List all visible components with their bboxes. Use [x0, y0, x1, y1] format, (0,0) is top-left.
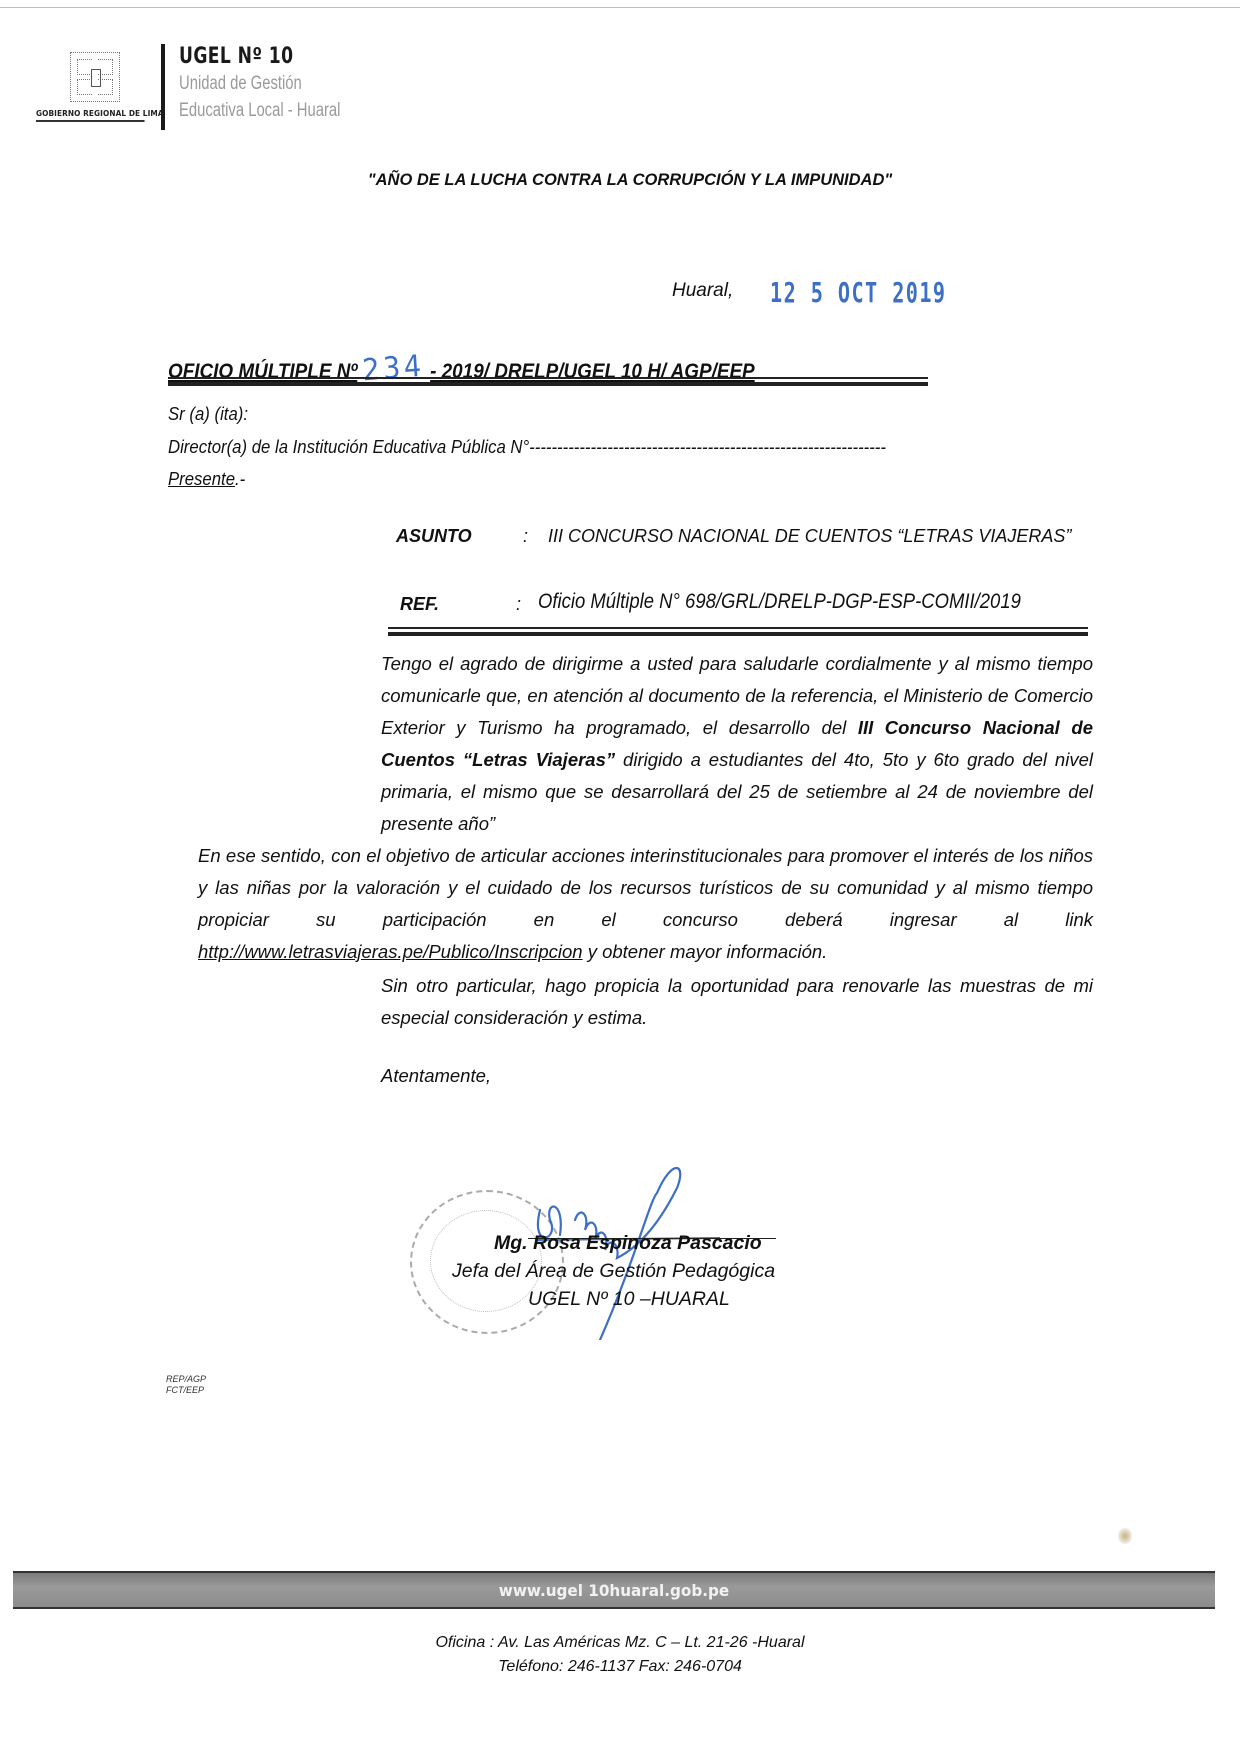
organization-label: GOBIERNO REGIONAL DE LIMA: [36, 109, 145, 122]
reference-value: Oficio Múltiple N° 698/GRL/DRELP-DGP-ESP…: [538, 590, 1087, 614]
letterhead-divider: [161, 44, 165, 130]
paragraph-1: Tengo el agrado de dirigirme a usted par…: [198, 648, 1093, 840]
presente-word: Presente: [168, 469, 235, 489]
letter-body: Tengo el agrado de dirigirme a usted par…: [198, 648, 1093, 968]
subject-label: ASUNTO: [396, 526, 472, 547]
scan-smudge: [1118, 1528, 1132, 1544]
reference-rule-thick: [388, 632, 1088, 636]
document-prefix: OFICIO MÚLTIPLE Nº: [168, 360, 357, 383]
addressee: Director(a) de la Institución Educativa …: [168, 437, 886, 458]
signer-name: Mg. Rosa Espinoza Pascacio: [494, 1232, 762, 1255]
title-rule-thick: [168, 382, 928, 386]
reference-colon: :: [516, 594, 521, 615]
document-number: OFICIO MÚLTIPLE Nº 234 - 2019/ DRELP/UGE…: [168, 351, 755, 386]
top-scan-border: [0, 7, 1240, 8]
office-phones: Teléfono: 246-1137 Fax: 246-0704: [0, 1658, 1240, 1676]
regional-government-logo-icon: [70, 52, 120, 102]
unit-title: UGEL Nº 10: [179, 44, 293, 69]
signer-office: UGEL Nº 10 –HUARAL: [528, 1288, 730, 1311]
subject-value: III CONCURSO NACIONAL DE CUENTOS “LETRAS…: [548, 526, 1071, 547]
website-link[interactable]: www.ugel 10huaral.gob.pe: [43, 1581, 1185, 1600]
paragraph-2: En ese sentido, con el objetivo de artic…: [198, 840, 1093, 968]
date-place: Huaral,: [672, 280, 733, 302]
signer-role: Jefa del Área de Gestión Pedagógica: [452, 1260, 775, 1283]
unit-subtitle-line2: Educativa Local - Huaral: [179, 100, 340, 122]
reference-label: REF.: [400, 594, 439, 615]
unit-subtitle-line1: Unidad de Gestión: [179, 73, 302, 95]
salutation: Sr (a) (ita):: [168, 404, 248, 425]
reference-initials: REP/AGP FCT/EEP: [166, 1374, 206, 1396]
registration-link[interactable]: http://www.letrasviajeras.pe/Publico/Ins…: [198, 941, 583, 962]
title-rule-thin: [168, 377, 928, 379]
paragraph-3: Sin otro particular, hago propicia la op…: [198, 970, 1093, 1034]
document-suffix: - 2019/ DRELP/UGEL 10 H/ AGP/EEP: [430, 360, 755, 383]
office-address: Oficina : Av. Las Américas Mz. C – Lt. 2…: [0, 1634, 1240, 1652]
year-motto: "AÑO DE LA LUCHA CONTRA LA CORRUPCIÓN Y …: [0, 171, 1240, 190]
presente-line: Presente.-: [168, 469, 245, 490]
reference-rule-thin: [388, 627, 1088, 629]
presente-suffix: .-: [235, 469, 245, 489]
closing-salutation: Atentamente,: [381, 1060, 781, 1092]
footer-bar: www.ugel 10huaral.gob.pe: [13, 1571, 1215, 1609]
closing-paragraph: Sin otro particular, hago propicia la op…: [198, 970, 1093, 1034]
date-stamp: 12 5 OCT 2019: [770, 276, 947, 309]
subject-colon: :: [523, 526, 528, 547]
